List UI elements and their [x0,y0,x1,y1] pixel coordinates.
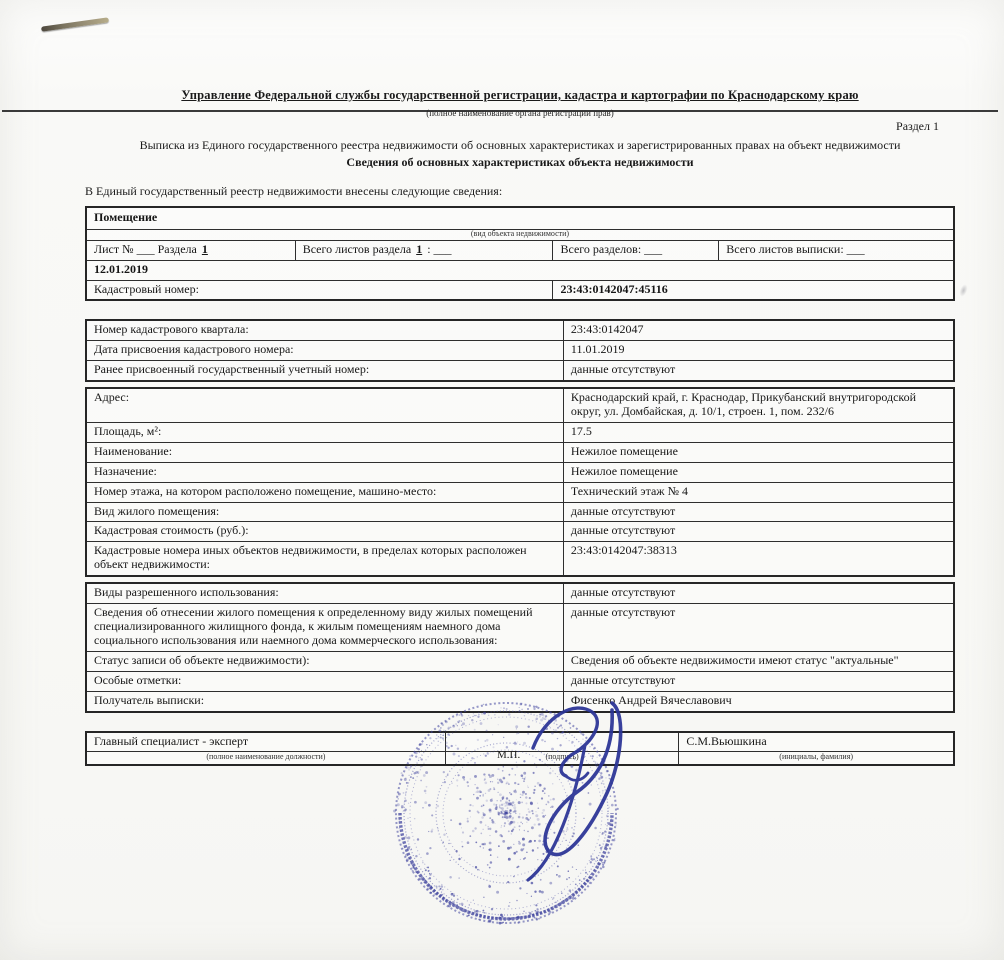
row-value: 17.5 [563,422,954,442]
total-sheets-cell: Всего листов раздела 1 : ___ [295,240,553,260]
row-label: Вид жилого помещения: [86,502,563,522]
table-row: Кадастровая стоимость (руб.):данные отсу… [86,522,954,542]
table-row: Ранее присвоенный государственный учетны… [86,361,954,381]
object-header-table: Помещение (вид объекта недвижимости) Лис… [85,206,955,301]
row-label: Сведения об отнесении жилого помещения к… [86,604,563,652]
total-sheets-number: 1 [414,242,424,256]
total-sections-cell: Всего разделов: ___ [553,240,719,260]
table-row: Вид жилого помещения:данные отсутствуют [86,502,954,522]
razdel-number: 1 [200,242,210,256]
row-value: 11.01.2019 [563,341,954,361]
table-row: Наименование:Нежилое помещение [86,442,954,462]
sheet-number-cell: Лист № ___ Раздела 1 [86,240,295,260]
row-label: Ранее присвоенный государственный учетны… [86,361,563,381]
object-type: Помещение [86,207,954,229]
details-table: Виды разрешенного использования:данные о… [85,582,955,712]
row-value: 23:43:0142047:38313 [563,542,954,576]
row-value: данные отсутствуют [563,522,954,542]
doc-title-line1: Выписка из Единого государственного реес… [85,138,955,153]
row-label: Назначение: [86,462,563,482]
object-type-caption-row: (вид объекта недвижимости) [86,229,954,240]
table-row: Виды разрешенного использования:данные о… [86,583,954,603]
official-position: Главный специалист - эксперт [86,732,445,752]
table-row: Статус записи об объекте недвижимости):С… [86,651,954,671]
row-label: Кадастровая стоимость (руб.): [86,522,563,542]
row-value: данные отсутствуют [563,671,954,691]
row-value: данные отсутствуют [563,583,954,603]
table-row: Номер этажа, на котором расположено поме… [86,482,954,502]
sheet-blank: ___ [137,242,155,256]
table-row: Назначение:Нежилое помещение [86,462,954,482]
signature-cell [445,732,678,752]
row-label: Кадастровые номера иных объектов недвижи… [86,542,563,576]
total-extract-sheets-blank: ___ [847,242,865,256]
table-row: Дата присвоения кадастрового номера:11.0… [86,341,954,361]
doc-title-line2: Сведения об основных характеристиках объ… [85,155,955,170]
row-label: Виды разрешенного использования: [86,583,563,603]
official-name: С.М.Вьюшкина [679,732,954,752]
sheet-counts-row: Лист № ___ Раздела 1 Всего листов раздел… [86,240,954,260]
document-content: Управление Федеральной службы государств… [85,0,955,766]
row-value: данные отсутствуют [563,604,954,652]
org-name-caption: (полное наименование органа регистрации … [85,108,955,118]
row-label: Площадь, м²: [86,422,563,442]
colon: : [427,242,430,256]
row-label: Особые отметки: [86,671,563,691]
row-value: данные отсутствуют [563,502,954,522]
signature-caption: (подпись) [445,752,678,765]
cadastral-number-row: Кадастровый номер: 23:43:0142047:45116 [86,280,954,300]
row-value: Краснодарский край, г. Краснодар, Прикуб… [563,388,954,422]
table-row: Кадастровые номера иных объектов недвижи… [86,542,954,576]
row-label: Адрес: [86,388,563,422]
pencil-smudge [958,283,969,298]
position-caption: (полное наименование должности) [86,752,445,765]
row-value: Сведения об объекте недвижимости имеют с… [563,651,954,671]
total-sheets-blank: ___ [434,242,452,256]
row-value: Нежилое помещение [563,462,954,482]
row-label: Номер кадастрового квартала: [86,320,563,340]
table-row: Получатель выписки:Фисенко Андрей Вячесл… [86,691,954,711]
row-value: 23:43:0142047 [563,320,954,340]
total-sections-label: Всего разделов: [560,242,641,256]
total-sheets-label: Всего листов раздела [303,242,412,256]
row-value: Технический этаж № 4 [563,482,954,502]
row-value: Нежилое помещение [563,442,954,462]
sheet-label: Лист № [94,242,134,256]
row-label: Статус записи об объекте недвижимости): [86,651,563,671]
details-tables: Номер кадастрового квартала:23:43:014204… [85,319,955,712]
extract-date: 12.01.2019 [86,260,954,280]
details-table: Адрес:Краснодарский край, г. Краснодар, … [85,387,955,577]
org-name: Управление Федеральной службы государств… [85,88,955,103]
table-row: Адрес:Краснодарский край, г. Краснодар, … [86,388,954,422]
cadastral-number-label: Кадастровый номер: [86,280,553,300]
object-type-caption: (вид объекта недвижимости) [86,229,954,240]
row-value: данные отсутствуют [563,361,954,381]
total-sections-blank: ___ [644,242,662,256]
row-value: Фисенко Андрей Вячеславович [563,691,954,711]
table-row: Площадь, м²:17.5 [86,422,954,442]
table-row: Номер кадастрового квартала:23:43:014204… [86,320,954,340]
razdel-label: Раздела [158,242,197,256]
date-row: 12.01.2019 [86,260,954,280]
section-label: Раздел 1 [85,119,955,134]
row-label: Номер этажа, на котором расположено поме… [86,482,563,502]
row-label: Наименование: [86,442,563,462]
document-page: Управление Федеральной службы государств… [0,0,1004,960]
total-extract-sheets-label: Всего листов выписки: [726,242,843,256]
total-extract-sheets-cell: Всего листов выписки: ___ [719,240,954,260]
details-table: Номер кадастрового квартала:23:43:014204… [85,319,955,382]
row-label: Получатель выписки: [86,691,563,711]
object-type-row: Помещение [86,207,954,229]
stamp-place-label: М.П. [497,749,520,761]
table-row: Особые отметки:данные отсутствуют [86,671,954,691]
name-caption: (инициалы, фамилия) [679,752,954,765]
intro-line: В Единый государственный реестр недвижим… [85,184,955,199]
table-row: Сведения об отнесении жилого помещения к… [86,604,954,652]
cadastral-number-value: 23:43:0142047:45116 [553,280,954,300]
row-label: Дата присвоения кадастрового номера: [86,341,563,361]
